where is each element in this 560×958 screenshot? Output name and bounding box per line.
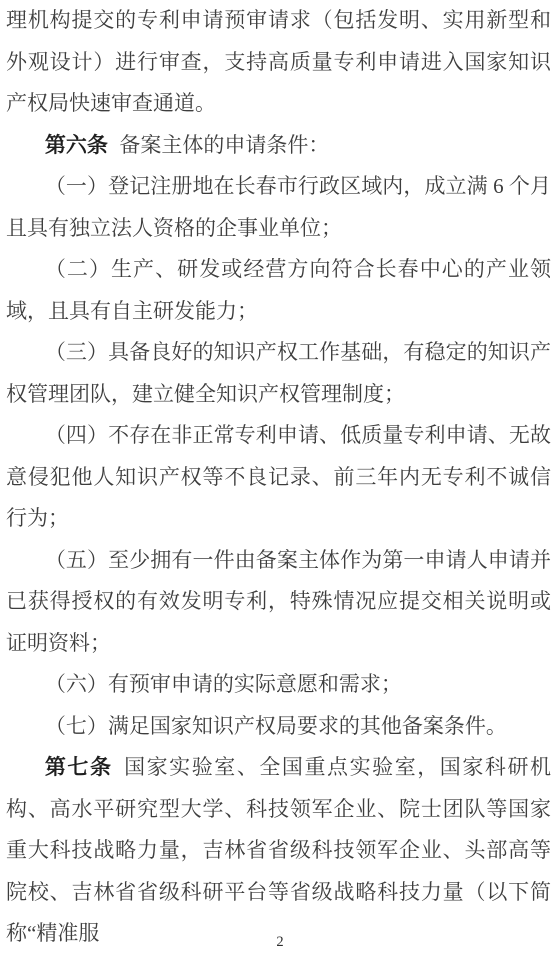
paragraph-text: 备案主体的申请条件： [119, 133, 329, 157]
paragraph: （七）满足国家知识产权局要求的其他备案条件。 [6, 706, 551, 748]
document-page: 理机构提交的专利申请预审请求（包括发明、实用新型和外观设计）进行审查，支持高质量… [0, 0, 560, 958]
paragraph: （一）登记注册地在长春市行政区域内，成立满 6 个月且具有独立法人资格的企事业单… [6, 166, 551, 249]
paragraph-text: （二）生产、研发或经营方向符合长春中心的产业领域，且具有自主研发能力； [6, 257, 551, 323]
paragraph: （六）有预审申请的实际意愿和需求； [6, 664, 551, 706]
article-paragraph: 第六条备案主体的申请条件： [6, 125, 551, 167]
paragraph-text: （七）满足国家知识产权局要求的其他备案条件。 [45, 714, 507, 738]
paragraph-text: （六）有预审申请的实际意愿和需求； [45, 672, 402, 696]
paragraph-text: （五）至少拥有一件由备案主体作为第一申请人申请并已获得授权的有效发明专利，特殊情… [6, 548, 551, 655]
paragraph-text: 国家实验室、全国重点实验室，国家科研机构、高水平研究型大学、科技领军企业、院士团… [6, 755, 551, 945]
paragraph: （五）至少拥有一件由备案主体作为第一申请人申请并已获得授权的有效发明专利，特殊情… [6, 540, 551, 665]
document-body: 理机构提交的专利申请预审请求（包括发明、实用新型和外观设计）进行审查，支持高质量… [6, 0, 551, 955]
article-number-label: 第六条 [45, 133, 108, 157]
paragraph: （四）不存在非正常专利申请、低质量专利申请、无故意侵犯他人知识产权等不良记录、前… [6, 415, 551, 540]
paragraph-text: （一）登记注册地在长春市行政区域内，成立满 6 个月且具有独立法人资格的企事业单… [6, 174, 551, 240]
paragraph-text: 理机构提交的专利申请预审请求（包括发明、实用新型和外观设计）进行审查，支持高质量… [6, 8, 551, 115]
paragraph: 理机构提交的专利申请预审请求（包括发明、实用新型和外观设计）进行审查，支持高质量… [6, 0, 551, 125]
article-number-label: 第七条 [45, 755, 113, 779]
paragraph-text: （四）不存在非正常专利申请、低质量专利申请、无故意侵犯他人知识产权等不良记录、前… [6, 423, 551, 530]
article-paragraph: 第七条国家实验室、全国重点实验室，国家科研机构、高水平研究型大学、科技领军企业、… [6, 747, 551, 955]
paragraph: （二）生产、研发或经营方向符合长春中心的产业领域，且具有自主研发能力； [6, 249, 551, 332]
page-number: 2 [0, 933, 560, 951]
paragraph: （三）具备良好的知识产权工作基础，有稳定的知识产权管理团队，建立健全知识产权管理… [6, 332, 551, 415]
paragraph-text: （三）具备良好的知识产权工作基础，有稳定的知识产权管理团队，建立健全知识产权管理… [6, 340, 551, 406]
